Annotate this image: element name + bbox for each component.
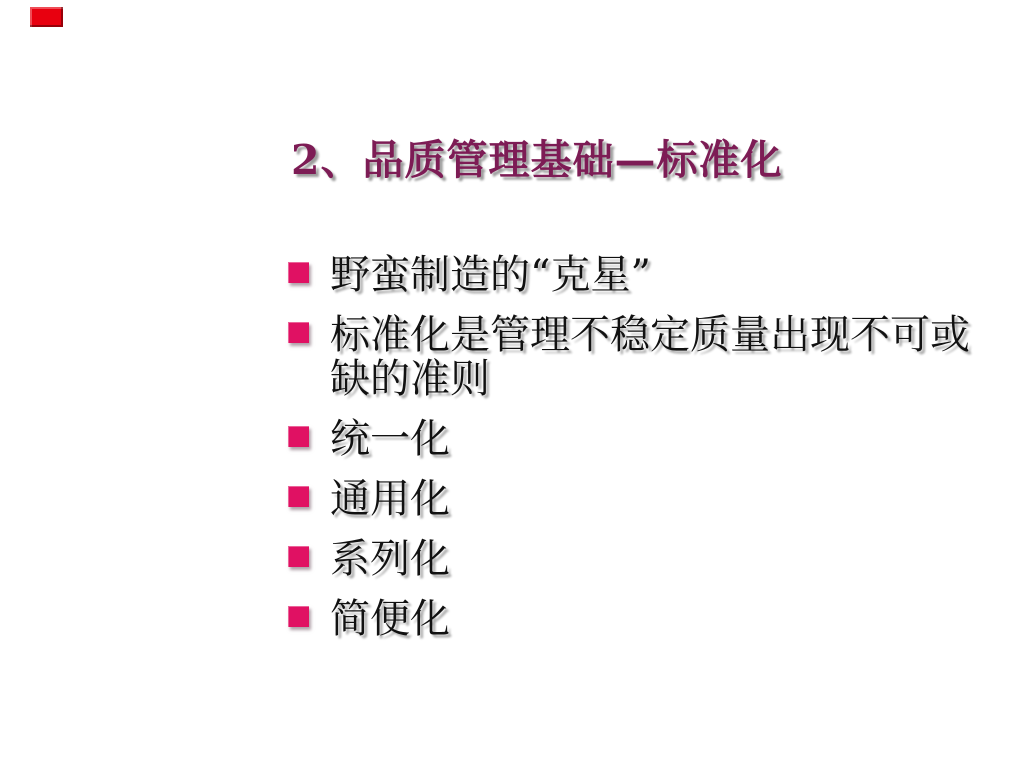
bullet-item: 系列化 xyxy=(288,537,988,581)
bullet-square-icon xyxy=(288,262,309,283)
bullet-list: 野蛮制造的“克星” 标准化是管理不稳定质量出现不可或 缺的准则 统一化 通用化 xyxy=(288,253,988,657)
bullet-text-line: 缺的准则 xyxy=(330,357,970,401)
bullet-text-line: 简便化 xyxy=(330,597,450,641)
bullet-text-line: 标准化是管理不稳定质量出现不可或 xyxy=(330,313,970,357)
bullet-item: 野蛮制造的“克星” xyxy=(288,253,988,297)
bullet-text-line: 统一化 xyxy=(330,417,450,461)
slide-title: 2、品质管理基础—标准化 xyxy=(291,136,783,184)
bullet-text: 标准化是管理不稳定质量出现不可或 缺的准则 xyxy=(330,313,970,401)
slide: 2、品质管理基础—标准化 野蛮制造的“克星” 标准化是管理不稳定质量出现不可或 … xyxy=(0,0,1024,768)
bullet-square-icon xyxy=(288,606,309,627)
bullet-square-icon xyxy=(288,322,309,343)
bullet-text: 野蛮制造的“克星” xyxy=(330,253,651,297)
bullet-item: 标准化是管理不稳定质量出现不可或 缺的准则 xyxy=(288,313,988,401)
bullet-item: 统一化 xyxy=(288,417,988,461)
bullet-item: 通用化 xyxy=(288,477,988,521)
bullet-text: 系列化 xyxy=(330,537,450,581)
bullet-text: 统一化 xyxy=(330,417,450,461)
bullet-square-icon xyxy=(288,486,309,507)
bullet-text-line: 系列化 xyxy=(330,537,450,581)
bullet-square-icon xyxy=(288,426,309,447)
bullet-text: 简便化 xyxy=(330,597,450,641)
bullet-square-icon xyxy=(288,546,309,567)
bullet-item: 简便化 xyxy=(288,597,988,641)
bullet-text-line: 野蛮制造的“克星” xyxy=(330,253,651,297)
bullet-text-line: 通用化 xyxy=(330,477,450,521)
bullet-text: 通用化 xyxy=(330,477,450,521)
corner-accent xyxy=(30,7,63,27)
